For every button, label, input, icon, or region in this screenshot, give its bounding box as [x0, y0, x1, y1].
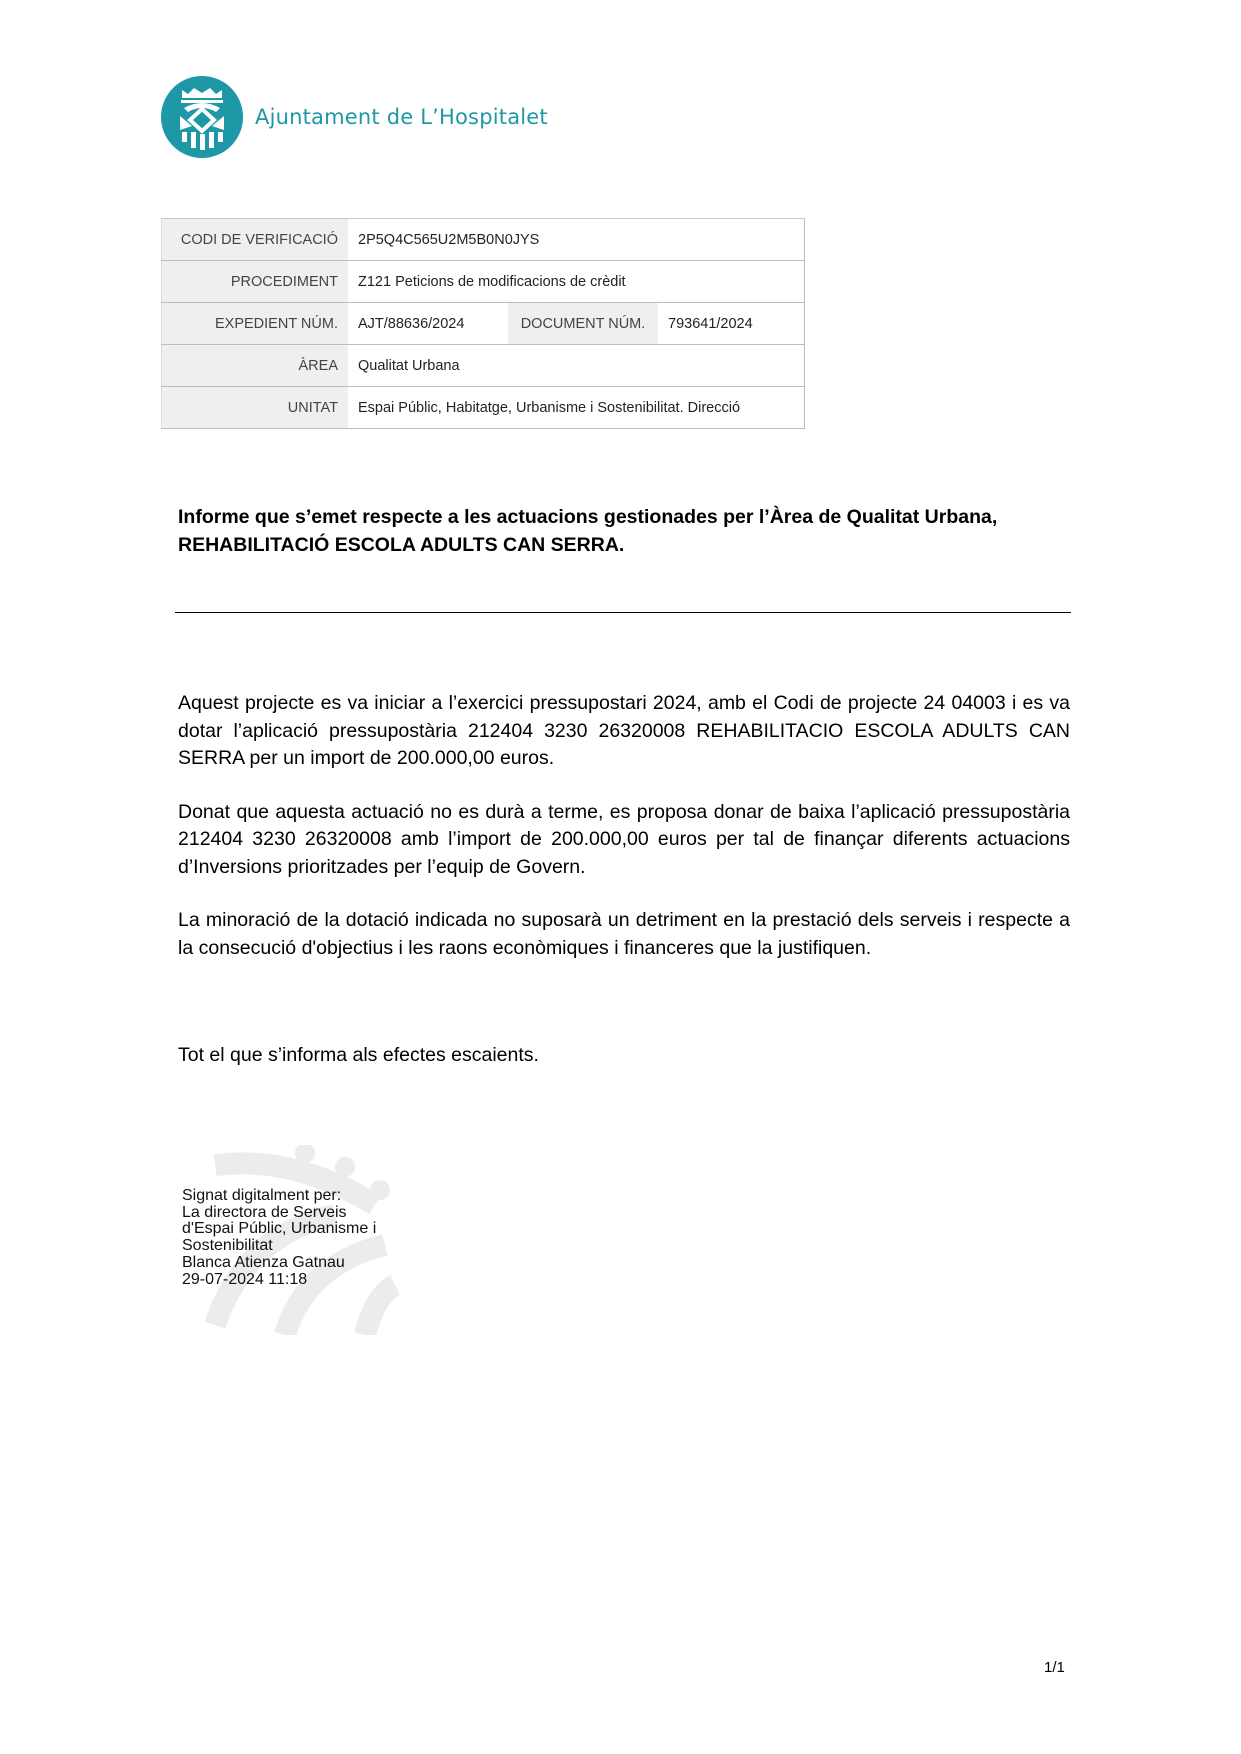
area-label: ÀREA	[162, 345, 349, 387]
body-paragraph: La minoració de la dotació indicada no s…	[178, 907, 1070, 962]
unit-label: UNITAT	[162, 387, 349, 429]
metadata-row-area: ÀREA Qualitat Urbana	[162, 345, 805, 387]
document-number-label: DOCUMENT NÚM.	[508, 303, 658, 345]
digital-signature: Signat digitalment per: La directora de …	[182, 1188, 376, 1288]
body-paragraph: Aquest projecte es va iniciar a l’exerci…	[178, 690, 1070, 773]
title-line-1: Informe que s’emet respecte a les actuac…	[178, 503, 1070, 531]
procedure-value: Z121 Peticions de modificacions de crèdi…	[348, 261, 805, 303]
coat-of-arms-icon	[161, 76, 243, 158]
unit-value: Espai Públic, Habitatge, Urbanisme i Sos…	[348, 387, 805, 429]
file-number-label: EXPEDIENT NÚM.	[162, 303, 349, 345]
metadata-row-verification: CODI DE VERIFICACIÓ 2P5Q4C565U2M5B0N0JYS	[162, 219, 805, 261]
metadata-row-unit: UNITAT Espai Públic, Habitatge, Urbanism…	[162, 387, 805, 429]
body-paragraph: Donat que aquesta actuació no es durà a …	[178, 799, 1070, 882]
metadata-row-procedure: PROCEDIMENT Z121 Peticions de modificaci…	[162, 261, 805, 303]
document-metadata-table: CODI DE VERIFICACIÓ 2P5Q4C565U2M5B0N0JYS…	[161, 218, 805, 429]
signature-line: d'Espai Públic, Urbanisme i	[182, 1221, 376, 1238]
page-number: 1/1	[1044, 1659, 1065, 1676]
verification-code-value: 2P5Q4C565U2M5B0N0JYS	[348, 219, 805, 261]
signature-timestamp: 29-07-2024 11:18	[182, 1272, 376, 1289]
signature-signer-name: Blanca Atienza Gatnau	[182, 1255, 376, 1272]
verification-code-label: CODI DE VERIFICACIÓ	[162, 219, 349, 261]
organization-name: Ajuntament de L’Hospitalet	[255, 105, 548, 129]
metadata-row-numbers: EXPEDIENT NÚM. AJT/88636/2024 DOCUMENT N…	[162, 303, 805, 345]
closing-statement: Tot el que s’informa als efectes escaien…	[178, 1044, 539, 1067]
file-number-value: AJT/88636/2024	[348, 303, 508, 345]
procedure-label: PROCEDIMENT	[162, 261, 349, 303]
document-body: Aquest projecte es va iniciar a l’exerci…	[178, 690, 1070, 988]
signature-line: Signat digitalment per:	[182, 1188, 376, 1205]
organization-logo: Ajuntament de L’Hospitalet	[161, 76, 548, 158]
title-line-2: REHABILITACIÓ ESCOLA ADULTS CAN SERRA.	[178, 531, 1070, 559]
signature-line: Sostenibilitat	[182, 1238, 376, 1255]
signature-line: La directora de Serveis	[182, 1205, 376, 1222]
title-divider	[175, 612, 1071, 613]
document-title: Informe que s’emet respecte a les actuac…	[178, 503, 1070, 559]
area-value: Qualitat Urbana	[348, 345, 805, 387]
document-number-value: 793641/2024	[658, 303, 805, 345]
